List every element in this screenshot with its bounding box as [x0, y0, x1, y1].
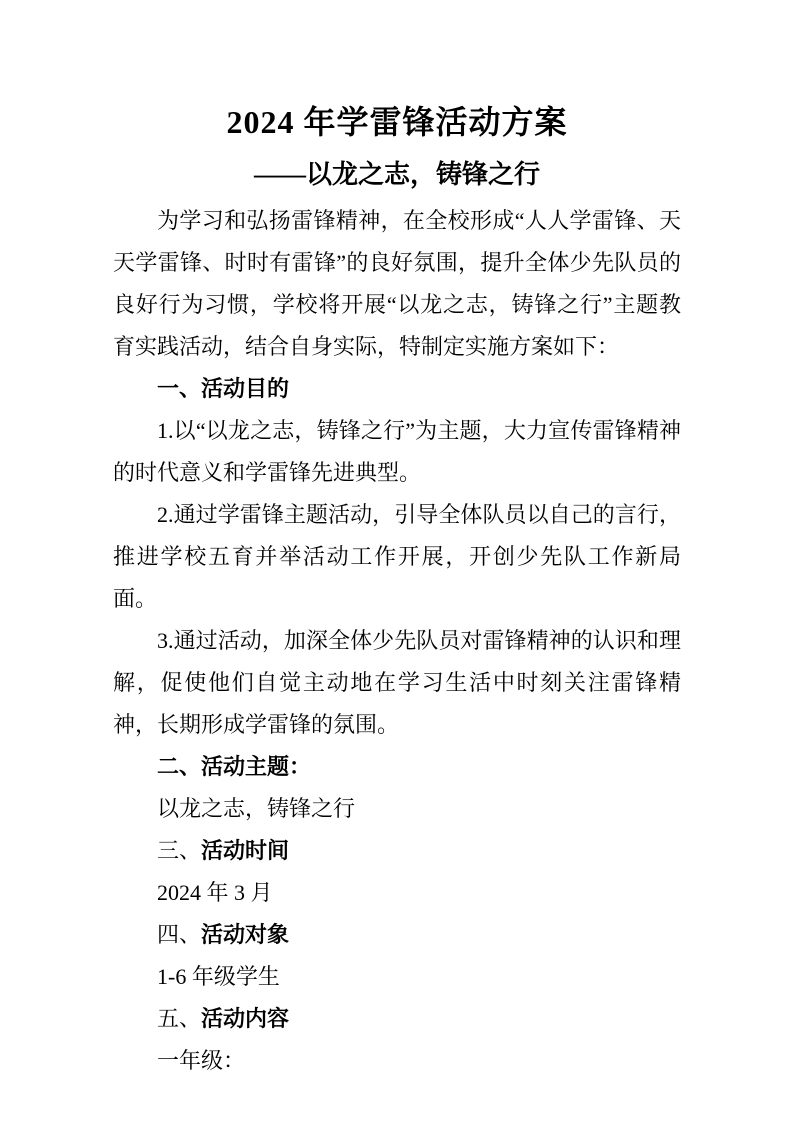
heading-label: 活动内容	[201, 1006, 289, 1031]
paragraph: 2024 年 3 月	[113, 872, 681, 914]
paragraph: 一年级：	[113, 1040, 681, 1082]
heading-label: 活动主题：	[201, 754, 311, 779]
paragraph: 以龙之志，铸锋之行	[113, 788, 681, 830]
paragraph: 2.通过学雷锋主题活动，引导全体队员以自己的言行，推进学校五育并举活动工作开展，…	[113, 494, 681, 620]
document-body: 为学习和弘扬雷锋精神，在全校形成“人人学雷锋、天天学雷锋、时时有雷锋”的良好氛围…	[113, 200, 681, 1082]
paragraph: 1-6 年级学生	[113, 956, 681, 998]
document-subtitle: ——以龙之志，铸锋之行	[113, 158, 681, 192]
heading-label: 活动目的	[201, 376, 289, 401]
heading-number: 五、	[157, 1006, 201, 1031]
paragraph: 为学习和弘扬雷锋精神，在全校形成“人人学雷锋、天天学雷锋、时时有雷锋”的良好氛围…	[113, 200, 681, 368]
paragraph: 1.以“以龙之志，铸锋之行”为主题，大力宣传雷锋精神的时代意义和学雷锋先进典型。	[113, 410, 681, 494]
heading-label: 活动时间	[201, 838, 289, 863]
heading-number: 二、	[157, 754, 201, 779]
heading-number: 三、	[157, 838, 201, 863]
paragraph: 3.通过活动，加深全体少先队员对雷锋精神的认识和理解，促使他们自觉主动地在学习生…	[113, 620, 681, 746]
heading-label: 活动对象	[201, 922, 289, 947]
section-heading: 四、活动对象	[113, 914, 681, 956]
heading-number: 一、	[157, 376, 201, 401]
section-heading: 三、活动时间	[113, 830, 681, 872]
section-heading: 二、活动主题：	[113, 746, 681, 788]
heading-number: 四、	[157, 922, 201, 947]
section-heading: 一、活动目的	[113, 368, 681, 410]
document-page: 2024 年学雷锋活动方案 ——以龙之志，铸锋之行 为学习和弘扬雷锋精神，在全校…	[0, 0, 793, 1122]
document-title: 2024 年学雷锋活动方案	[113, 102, 681, 142]
section-heading: 五、活动内容	[113, 998, 681, 1040]
